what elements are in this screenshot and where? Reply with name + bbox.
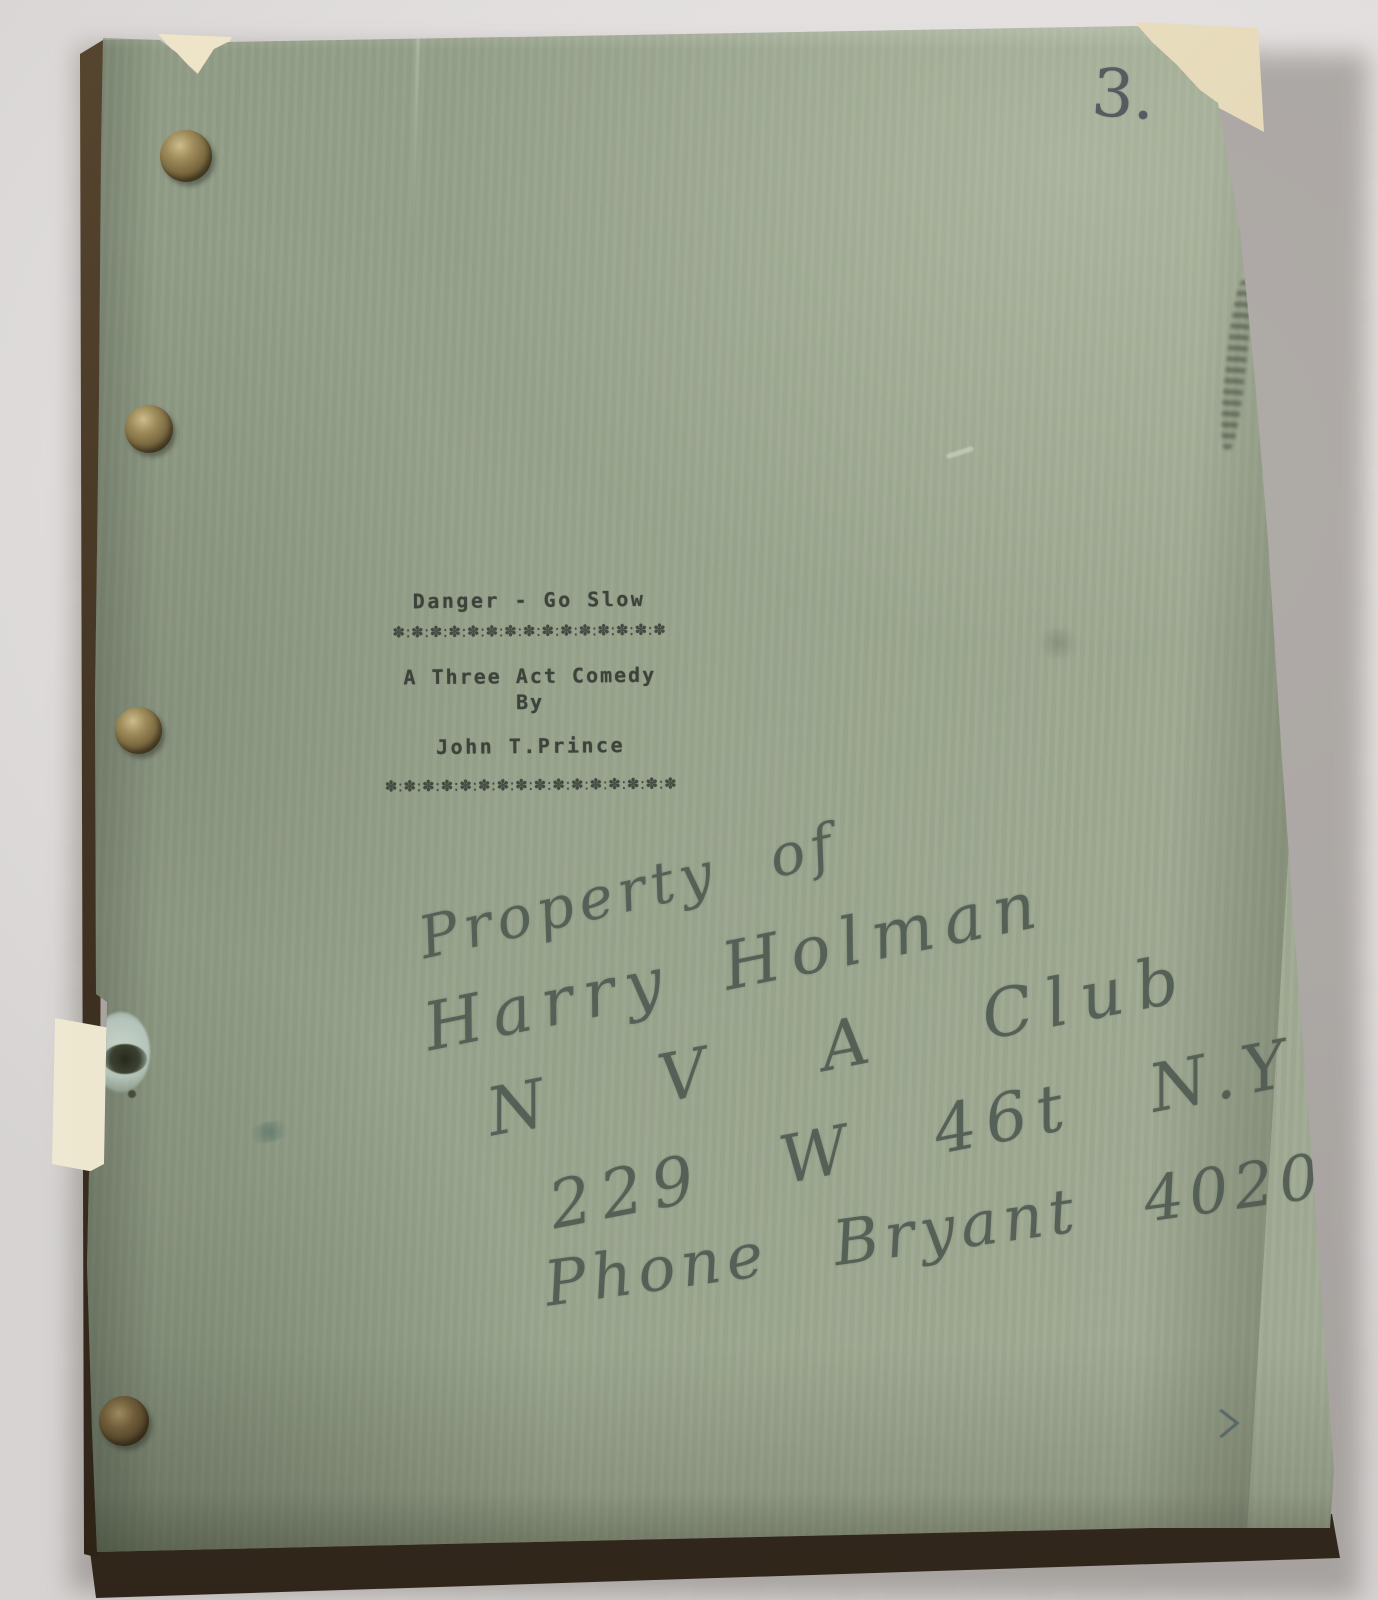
teal-stain — [244, 1117, 293, 1148]
paper-crease — [411, 30, 420, 240]
faint-smudge — [1035, 628, 1081, 658]
ornament-row: ✽:✽:✽:✽:✽:✽:✽:✽:✽:✽:✽:✽:✽:✽:✽ — [359, 622, 699, 641]
scratch-mark — [946, 446, 974, 459]
photo-background: Danger - Go Slow ✽:✽:✽:✽:✽:✽:✽:✽:✽:✽:✽:✽… — [0, 0, 1378, 1600]
script-title: Danger - Go Slow — [359, 588, 699, 612]
missing-brad-hole-dot — [128, 1090, 136, 1098]
script-cover: Danger - Go Slow ✽:✽:✽:✽:✽:✽:✽:✽:✽:✽:✽:✽… — [0, 0, 1378, 1600]
author-name: John T.Prince — [360, 734, 700, 758]
ornament-row: ✽:✽:✽:✽:✽:✽:✽:✽:✽:✽:✽:✽:✽:✽:✽:✽ — [361, 776, 701, 795]
handwritten-page-number: 3. — [1089, 54, 1157, 135]
brass-brad-3 — [115, 707, 162, 754]
byline: By — [360, 690, 700, 714]
script-subtitle: A Three Act Comedy — [360, 664, 700, 688]
typewritten-block: Danger - Go Slow ✽:✽:✽:✽:✽:✽:✽:✽:✽:✽:✽:✽… — [359, 588, 701, 795]
cover-edge-highlight-top — [100, 24, 1230, 50]
missing-brad-hole — [103, 1044, 147, 1074]
brass-brad-2 — [125, 405, 173, 453]
brass-brad-1 — [160, 130, 212, 182]
brass-brad-4 — [99, 1396, 149, 1446]
